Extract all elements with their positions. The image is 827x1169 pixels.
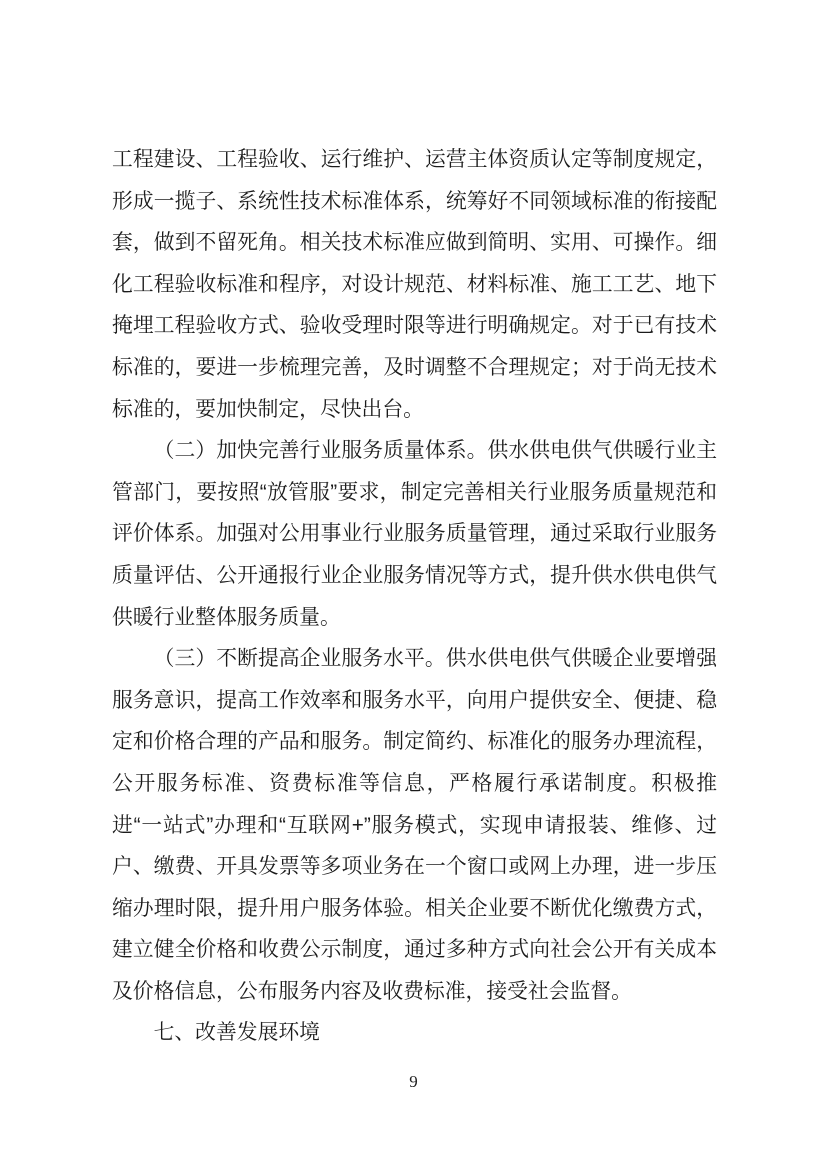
- paragraph-section-2: （二）加快完善行业服务质量体系。供水供电供气供暖行业主管部门，要按照“放管服”要…: [112, 430, 717, 638]
- paragraph-section-3: （三）不断提高企业服务水平。供水供电供气供暖企业要增强服务意识，提高工作效率和服…: [112, 638, 717, 1012]
- document-page: 工程建设、工程验收、运行维护、运营主体资质认定等制度规定，形成一揽子、系统性技术…: [0, 0, 827, 1169]
- page-number: 9: [0, 1071, 827, 1093]
- section-heading: 七、改善发展环境: [112, 1012, 717, 1054]
- paragraph-continuation: 工程建设、工程验收、运行维护、运营主体资质认定等制度规定，形成一揽子、系统性技术…: [112, 139, 717, 430]
- document-body: 工程建设、工程验收、运行维护、运营主体资质认定等制度规定，形成一揽子、系统性技术…: [112, 139, 717, 1054]
